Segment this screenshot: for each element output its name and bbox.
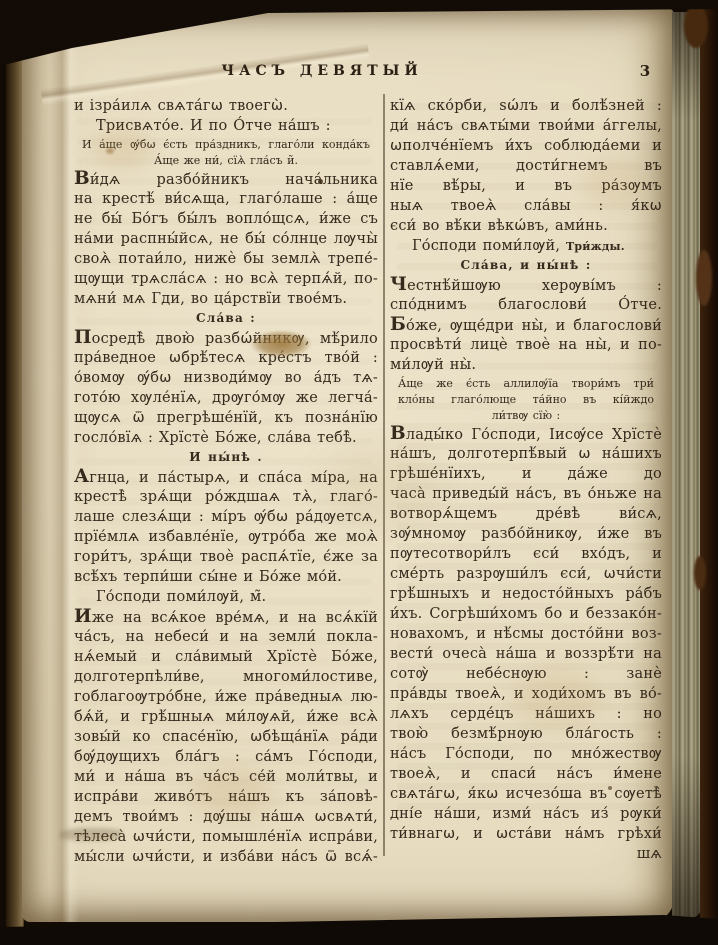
text-line: сотѹ̀ небе́снѹю : занѐ ѡста́вихомъ пѹ́ть bbox=[390, 664, 662, 684]
text-line: А́ще же ни́, сїѧ̀ гла́съ и̃. bbox=[74, 153, 378, 168]
text-line: твоеѧ̀, и спаси́ на́съ и́мене твоегѡ̀ ра… bbox=[390, 764, 662, 784]
text-line: И ны́нѣ . bbox=[74, 449, 378, 466]
text-line: грѣ́шныхъ и недосто́йныхъ ра́бъ тво- bbox=[390, 584, 662, 604]
text-line: гоблагоѹтро́бне, и́же пра́ведныѧ лю- bbox=[74, 687, 378, 707]
column-left: и ізра́илѧ свѧта́гѡ твоегѡ̀.Трисвѧто́е. … bbox=[74, 96, 378, 867]
text-line: ли́твѹ сїю̀ : bbox=[390, 408, 662, 423]
text-line: нѧ́емый и сла́вимый Хрїстѐ Бо́же, bbox=[74, 647, 378, 667]
text-line: зѹ́мномѹ разбо́йникѹ, и́же въ ра́й bbox=[390, 524, 662, 544]
text-line: всѣ́хъ терпи́ши сы́не и Бо́же мо́й. bbox=[74, 567, 378, 587]
text-line: кло́ны глаго́люще та́йно въ кі́йждо покл… bbox=[390, 392, 662, 407]
wax-stain bbox=[250, 330, 312, 358]
column-right: кїѧ ско́рби, ѕѡ́лъ и болѣ́зней : ѡгра-ди… bbox=[390, 96, 662, 864]
text-line: на́съ Го́споди, по мно́жествѹ ми́лости bbox=[390, 744, 662, 764]
text-line: ѡполче́нїемъ и́хъ соблюда́еми и на- bbox=[390, 136, 662, 156]
text-line: твою̀ безмѣ́рнѹю бла́гость : пощади́ bbox=[390, 724, 662, 744]
text-line: єси́ во вѣ́ки вѣкѡ́въ, ами́нь. bbox=[390, 216, 662, 236]
text-line: спо́днимъ благослови́ О́тче. Свѧще́нникъ… bbox=[390, 295, 662, 315]
text-line: Честнѣ́йшѹю херѹві́мъ : И́менемъ Го- bbox=[390, 275, 662, 295]
text-line: и́хъ. Согрѣши́хомъ бо и беззако́н- bbox=[390, 604, 662, 624]
text-line: не бы́ Бо́гъ бы́лъ вопло́щсѧ, и́же съ bbox=[74, 209, 378, 229]
text-line: Влады́ко Го́споди, Іисѹ́се Хрїстѐ Бо́же bbox=[390, 424, 662, 444]
text-line: ставлѧ́еми, дости́гнемъ въ соедине́- bbox=[390, 156, 662, 176]
text-line: пра́ведное ѡбрѣ́тесѧ кре́стъ тво́й : bbox=[74, 348, 378, 368]
text-line: ди́ на́съ свѧты́ми твои́ми а́ггелы, да bbox=[390, 116, 662, 136]
text-line: вести́ очеса̀ на́ша и воззрѣ́ти на вы- bbox=[390, 644, 662, 664]
text-line: зовы́й ко спасе́нїю, ѡбѣща́нїѧ ра́ди bbox=[74, 727, 378, 747]
printed-content: ЧАСЪ ДЕВЯТЫЙ 3 и ізра́илѧ свѧта́гѡ твоег… bbox=[22, 8, 674, 922]
text-line: сме́рть разрѹши́лъ єси́, ѡчи́сти на́съ bbox=[390, 564, 662, 584]
text-line: бѧ́й, и грѣ́шныѧ ми́лѹѧй, и́же всѧ̀ bbox=[74, 707, 378, 727]
text-line: ти́внагѡ, и ѡста́ви на́мъ грѣхи́ на́- bbox=[390, 824, 662, 844]
column-divider-rule bbox=[383, 94, 385, 856]
binding-fragment bbox=[694, 556, 706, 590]
bleedthrough-smudge bbox=[59, 828, 124, 841]
text-line: пѹтесотвори́лъ єси́ вхо́дъ, и сме́ртїю bbox=[390, 544, 662, 564]
text-line: гото́ю хѹле́нїѧ, дрѹго́мѹ же легча́- bbox=[74, 388, 378, 408]
text-line: новахомъ, и нѣ́смы досто́йни воз- bbox=[390, 624, 662, 644]
text-line: Бо́же, ѹще́дри ны̀, и благослови́ ны̀, bbox=[390, 315, 662, 335]
text-line: Сла́ва, и ны́нѣ : bbox=[390, 257, 662, 274]
text-line: мѧни́ мѧ Гди, во ца́рствїи твое́мъ. bbox=[74, 289, 378, 309]
text-line: ча́съ, на небеси́ и на земли́ покла- bbox=[74, 627, 378, 647]
page-number: 3 bbox=[630, 62, 660, 80]
text-line: крестѣ̀ зрѧ́щи ро́ждшаѧ тѧ̀, глаго́- bbox=[74, 487, 378, 507]
text-line: долготерпѣли́ве, многоми́лостиве, мно- bbox=[74, 667, 378, 687]
ink-speck bbox=[318, 179, 323, 184]
text-line: мы́сли ѡчи́сти, и изба́ви на́съ ѿ всѧ́- bbox=[74, 847, 378, 867]
page-header-title: ЧАСЪ ДЕВЯТЫЙ bbox=[172, 63, 472, 79]
text-line: ныѧ твоеѧ̀ сла́вы : я́кѡ благослове́нъ bbox=[390, 196, 662, 216]
binding-fragment bbox=[684, 4, 708, 48]
text-line: своѧ̀ потаи́ло, нижѐ бы землѧ̀ трепе́- bbox=[74, 249, 378, 269]
binding-fragment bbox=[696, 250, 712, 306]
text-line: о́вомѹ ѹ́бѡ низводи́мѹ во а́дъ тѧ- bbox=[74, 368, 378, 388]
text-line: А́гнца, и па́стырѧ, и спа́са мі́ра, на bbox=[74, 467, 378, 487]
text-line: дні́е на́ши, изми́ на́съ из́ рѹки́ сопро… bbox=[390, 804, 662, 824]
text-line: на́шъ, долготерпѣ́вый ѡ на́шихъ со- bbox=[390, 444, 662, 464]
text-line: прїе́млѧ избавле́нїе, ѹтро́ба же моѧ̀ bbox=[74, 527, 378, 547]
text-line: ми́ и на́ша въ ча́съ се́й моли́твы, и bbox=[74, 767, 378, 787]
text-line: щѹщи трѧсла́сѧ : но всѧ̀ терпѧ́й, по- bbox=[74, 269, 378, 289]
text-line: ми́лѹй ны̀. bbox=[390, 355, 662, 375]
text-line: нїе вѣ́ры, и въ ра́зѹмъ непристѹ́п- bbox=[390, 176, 662, 196]
text-line: И́же на всѧ́кое вре́мѧ, и на всѧ́кїй bbox=[74, 607, 378, 627]
text-line: Трисвѧто́е. И по О́тче на́шъ : bbox=[74, 116, 378, 136]
rubric-inline-label: Три́жды. bbox=[566, 240, 625, 253]
text-line: часа̀ приведы́й на́съ, въ о́ньже на жи- bbox=[390, 484, 662, 504]
text-line: свѧта́гѡ, я́кѡ исчезо́ша въ сѹетѣ̀ bbox=[390, 784, 662, 804]
text-line: щѹсѧ ѿ прегрѣше́нїй, къ позна́нїю бо- bbox=[74, 408, 378, 428]
text-line: бѹ́дѹщихъ бла́гъ : са́мъ Го́споди, прїи- bbox=[74, 747, 378, 767]
text-line: и ізра́илѧ свѧта́гѡ твоегѡ̀. bbox=[74, 96, 378, 116]
text-line: вотворѧ́щемъ дре́вѣ ви́сѧ, благора- bbox=[390, 504, 662, 524]
text-line: Ви́дѧ разбо́йникъ нача́льника жи́зни, bbox=[74, 169, 378, 189]
text-line: Го́споди поми́лѹй, м̃. bbox=[74, 587, 378, 607]
text-line: лаше слезѧ́щи : мі́ръ ѹ́бѡ ра́дѹетсѧ, bbox=[74, 507, 378, 527]
text-line: на крестѣ́ ви́сѧща, глаго́лаше : а́ще bbox=[74, 189, 378, 209]
text-line: испра́ви живо́тъ на́шъ къ за́повѣ- bbox=[74, 787, 378, 807]
ink-speck bbox=[569, 794, 572, 797]
text-line: Сла́ва : bbox=[74, 310, 378, 327]
text-line: демъ твои́мъ : дѹ́шы на́шѧ ѡсвѧти́, bbox=[74, 807, 378, 827]
book-page: ЧАСЪ ДЕВЯТЫЙ 3 и ізра́илѧ свѧта́гѡ твоег… bbox=[22, 8, 674, 922]
text-line: гори́тъ, зрѧ́щи твоѐ распѧ́тїе, є́же за bbox=[74, 547, 378, 567]
text-line: лѧхъ серде́цъ на́шихъ : но мо́лимъ bbox=[390, 704, 662, 724]
text-line: И а́ще ѹ́бѡ є́сть пра́здникъ, глаго́ли к… bbox=[74, 137, 378, 152]
foxing-speck bbox=[106, 148, 114, 154]
text-line: кїѧ ско́рби, ѕѡ́лъ и болѣ́зней : ѡгра- bbox=[390, 96, 662, 116]
text-line: Посредѣ̀ двою̀ разбѡ́йникѹ, мѣ́рило bbox=[74, 328, 378, 348]
binding-edge bbox=[700, 0, 718, 945]
text-line: А́ще же є́сть аллилѹ́їа твори́мъ три́ ве… bbox=[390, 376, 662, 391]
text-line: грѣше́нїихъ, и да́же до ны́нѣшнѧгѡ bbox=[390, 464, 662, 484]
page-edge-stack bbox=[672, 12, 702, 919]
text-line: пра́вды твоеѧ̀, и ходи́хомъ въ во́- bbox=[390, 684, 662, 704]
ink-speck bbox=[608, 786, 612, 790]
text-line: Го́споди поми́лѹй, Три́жды. bbox=[390, 236, 662, 256]
text-line: госло́вїѧ : Хрїстѐ Бо́же, сла́ва тебѣ̀. bbox=[74, 428, 378, 448]
text-line: просвѣти́ лицѐ твоѐ на ны̀, и по- bbox=[390, 335, 662, 355]
catchword: шѧ bbox=[390, 844, 662, 864]
text-line: на́ми распны́йсѧ, не бы́ со́лнце лѹчы̀ bbox=[74, 229, 378, 249]
